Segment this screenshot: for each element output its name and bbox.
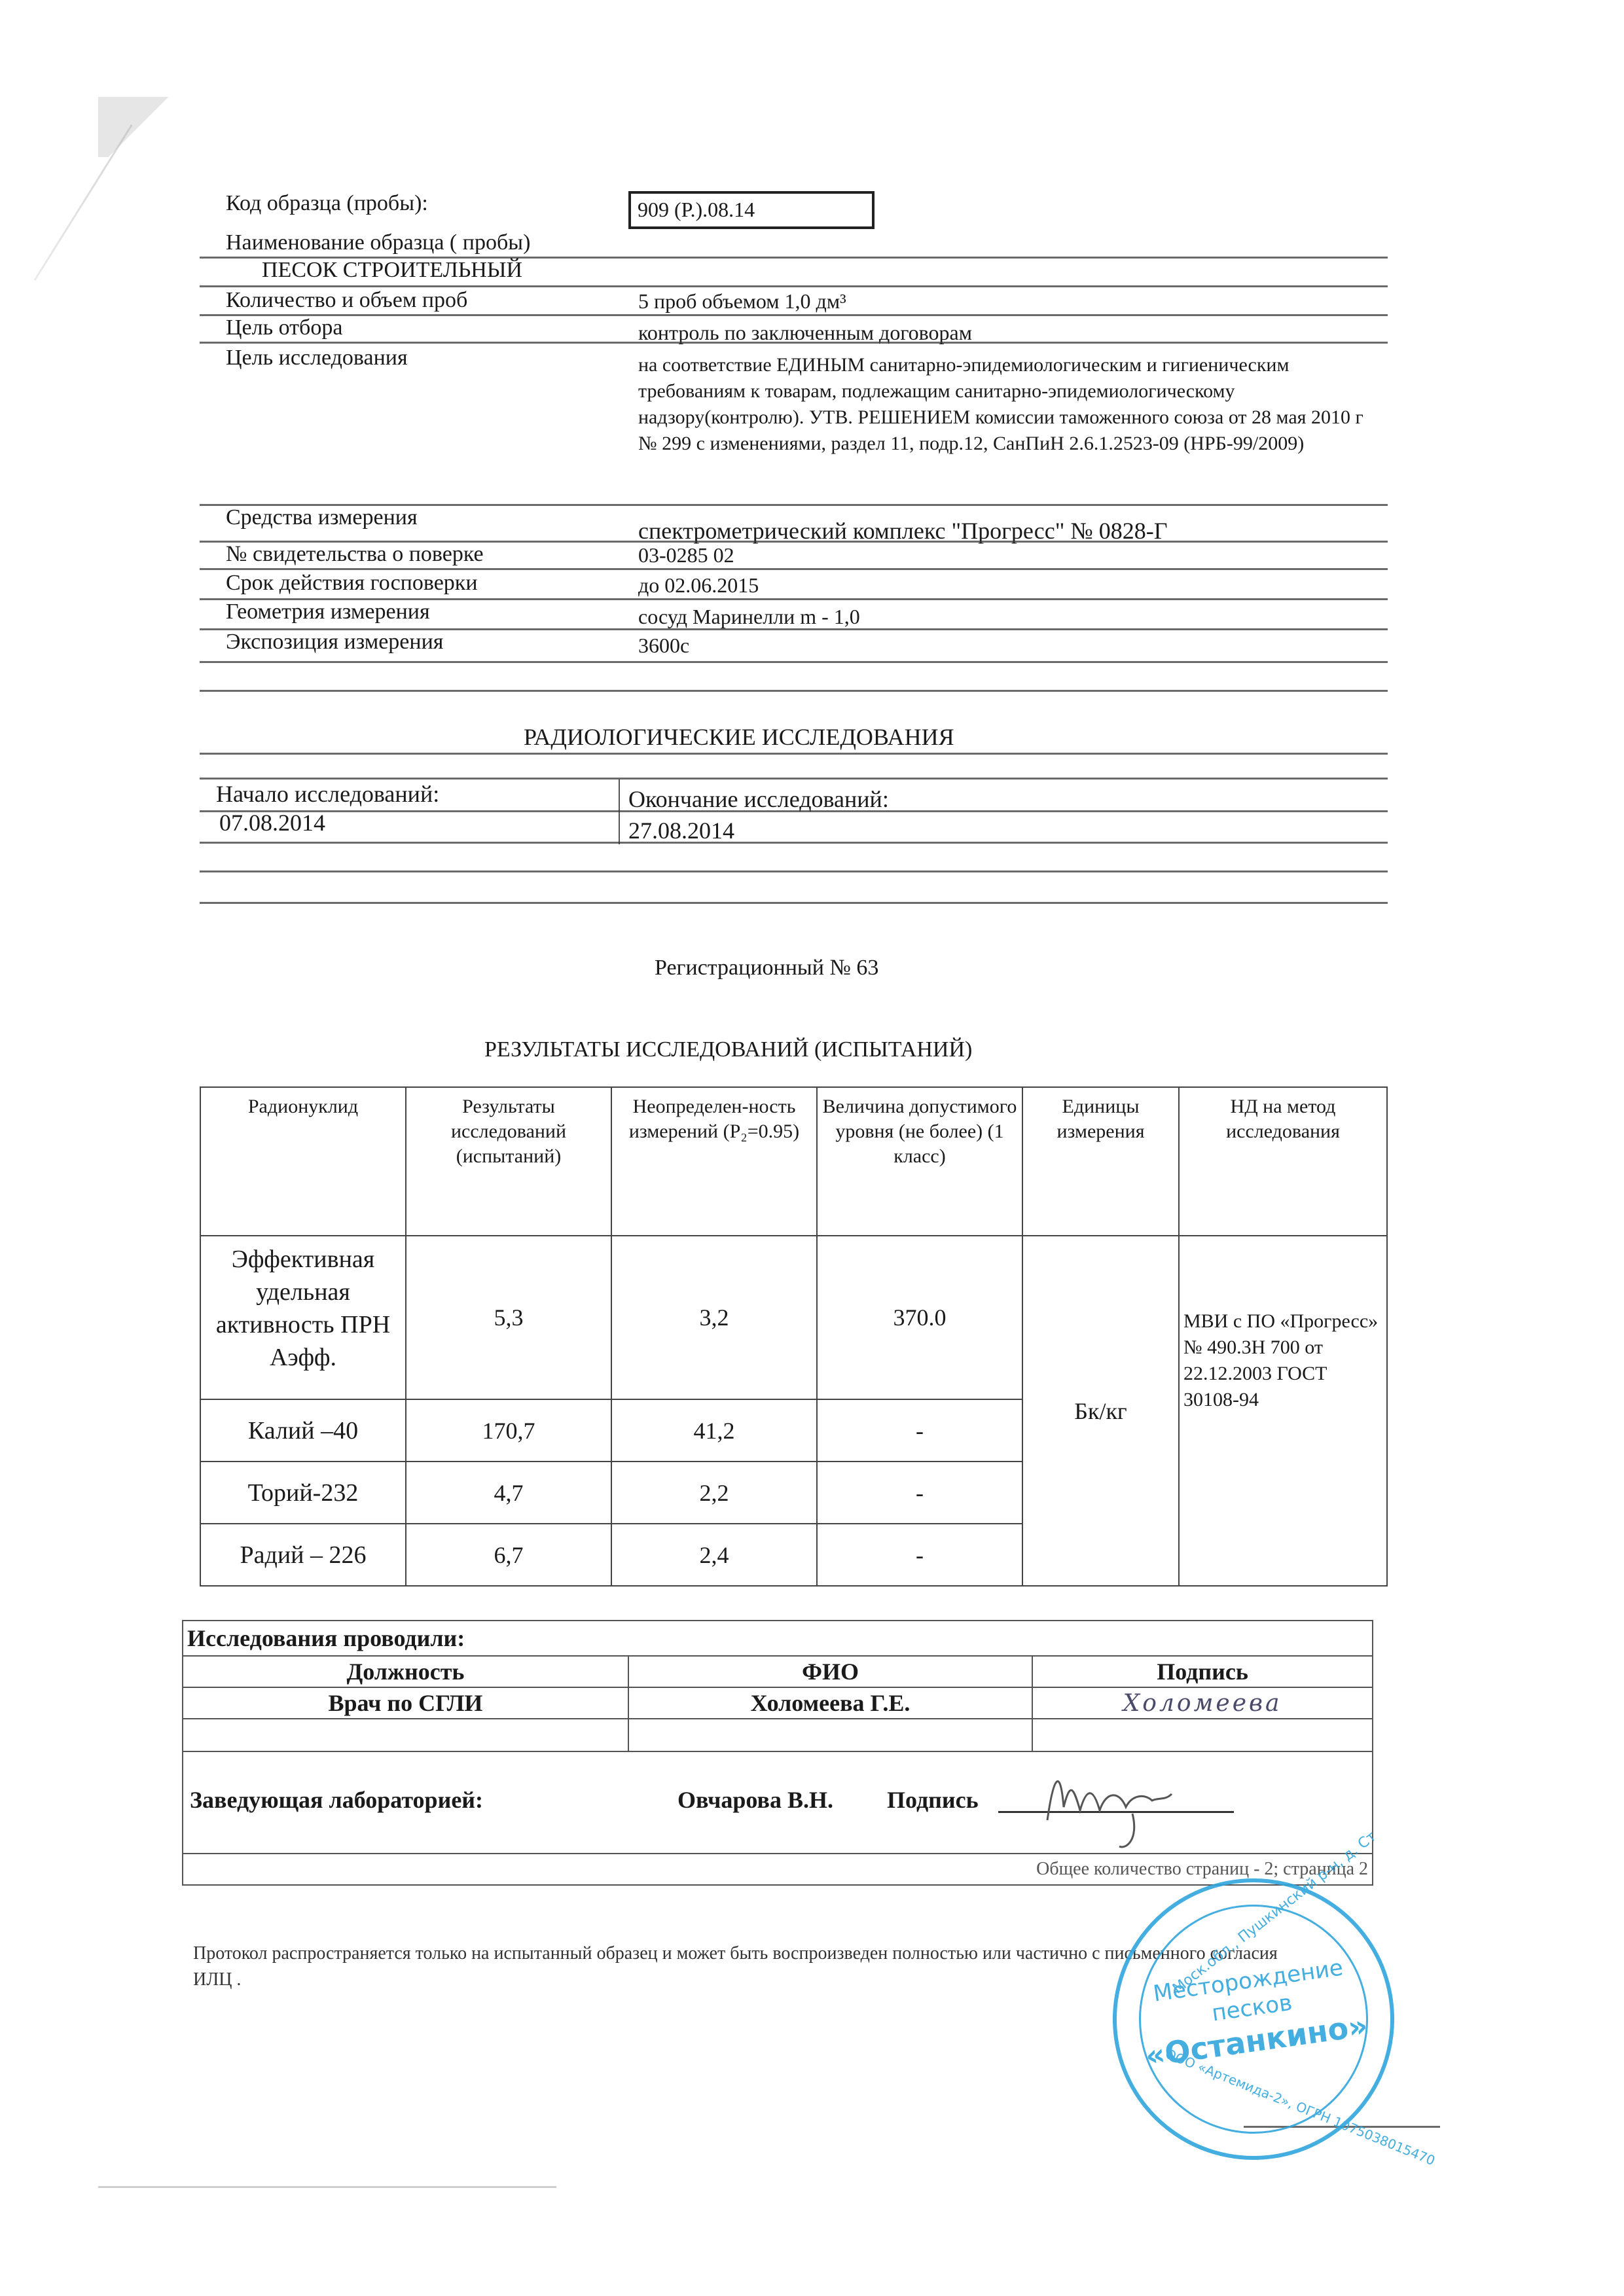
nuclide-thorium: Торий-232: [200, 1462, 406, 1524]
sample-code-box: 909 (Р.).08.14: [628, 191, 875, 229]
col-header-uncertainty: Неопределен-ность измерений (P₂=0.95): [611, 1087, 817, 1236]
results-title: РЕЗУЛЬТАТЫ ИССЛЕДОВАНИЙ (ИСПЫТАНИЙ): [484, 1037, 972, 1062]
table-row: Эффективная удельная активность ПРН Аэфф…: [200, 1236, 1387, 1399]
field-label-research-purpose: Цель исследования: [226, 346, 408, 370]
nuclide-radium: Радий – 226: [200, 1524, 406, 1586]
staff-position: Врач по СГЛИ: [183, 1687, 628, 1719]
uncertainty-value: 41,2: [611, 1399, 817, 1462]
results-header-row: Радионуклид Результаты исследований (исп…: [200, 1087, 1387, 1236]
field-label-verification-term: Срок действия госповерки: [226, 571, 478, 596]
field-value-verification-term: до 02.06.2015: [638, 573, 759, 598]
field-value-exposure: 3600с: [638, 634, 689, 658]
uncertainty-value: 2,4: [611, 1524, 817, 1586]
field-label-exposure: Экспозиция измерения: [226, 630, 443, 655]
lab-head-label: Заведующая лабораторией:: [190, 1786, 483, 1814]
col-header-units: Единицы измерения: [1022, 1087, 1179, 1236]
staff-header-position: Должность: [183, 1656, 628, 1687]
field-label-instrument: Средства измерения: [226, 505, 418, 530]
field-value-research-purpose: на соответствие ЕДИНЫМ санитарно-эпидеми…: [638, 352, 1378, 457]
units-value: Бк/кг: [1022, 1236, 1179, 1586]
field-value-quantity: 5 проб объемом 1,0 дм³: [638, 289, 846, 314]
radiology-title: РАДИОЛОГИЧЕСКИЕ ИССЛЕДОВАНИЯ: [524, 723, 954, 751]
result-value: 4,7: [406, 1462, 611, 1524]
sample-code-label: Код образца (пробы):: [226, 191, 428, 216]
nuclide-effective: Эффективная удельная активность ПРН Аэфф…: [200, 1236, 406, 1399]
uncertainty-value: 2,2: [611, 1462, 817, 1524]
field-label-certificate: № свидетельства о поверке: [226, 542, 484, 567]
scan-corner-fold: [98, 97, 178, 157]
field-value-certificate: 03-0285 02: [638, 543, 734, 567]
research-start-date: 07.08.2014: [219, 809, 325, 836]
research-end-label: Окончание исследований:: [628, 785, 889, 813]
sample-name-label: Наименование образца ( пробы): [226, 230, 530, 255]
result-value: 6,7: [406, 1524, 611, 1586]
staff-row: Врач по СГЛИ Холомеева Г.Е. Холомеева: [183, 1687, 1373, 1719]
result-value: 5,3: [406, 1236, 611, 1399]
staff-name: Холомеева Г.Е.: [628, 1687, 1032, 1719]
scan-artifact: [34, 124, 133, 281]
col-header-limit: Величина допустимого уровня (не более) (…: [817, 1087, 1022, 1236]
staff-title: Исследования проводили:: [183, 1621, 1373, 1656]
staff-header-signature: Подпись: [1032, 1656, 1373, 1687]
field-value-geometry: сосуд Маринелли m - 1,0: [638, 605, 860, 629]
lab-head-row: Заведующая лабораторией: Овчарова В.Н. П…: [183, 1751, 1373, 1854]
col-header-method: НД на метод исследования: [1179, 1087, 1387, 1236]
limit-value: -: [817, 1462, 1022, 1524]
field-label-geometry: Геометрия измерения: [226, 600, 430, 624]
uncertainty-value: 3,2: [611, 1236, 817, 1399]
field-label-quantity: Количество и объем проб: [226, 288, 467, 313]
registration-number: Регистрационный № 63: [655, 956, 878, 980]
company-stamp: Моск.обл., Пушкинский р-н, д. Ст ООО «Ар…: [1094, 1860, 1413, 2178]
lab-head-name: Овчарова В.Н.: [677, 1786, 833, 1814]
lab-head-signature-label: Подпись: [887, 1786, 979, 1814]
research-end-date: 27.08.2014: [628, 817, 734, 844]
lab-head-signature-icon: [1034, 1761, 1191, 1853]
nuclide-potassium: Калий –40: [200, 1399, 406, 1462]
staff-signature: Холомеева: [1032, 1687, 1373, 1719]
limit-value: -: [817, 1524, 1022, 1586]
staff-header-name: ФИО: [628, 1656, 1032, 1687]
limit-value: -: [817, 1399, 1022, 1462]
results-table: Радионуклид Результаты исследований (исп…: [200, 1086, 1388, 1587]
col-header-nuclide: Радионуклид: [200, 1087, 406, 1236]
col-header-result: Результаты исследований (испытаний): [406, 1087, 611, 1236]
research-start-label: Начало исследований:: [216, 780, 439, 808]
limit-value: 370.0: [817, 1236, 1022, 1399]
sample-name-value: ПЕСОК СТРОИТЕЛЬНЫЙ: [262, 258, 522, 283]
result-value: 170,7: [406, 1399, 611, 1462]
field-label-sampling-purpose: Цель отбора: [226, 315, 342, 340]
staff-table: Исследования проводили: Должность ФИО По…: [182, 1620, 1373, 1886]
method-value: МВИ с ПО «Прогресс» № 490.3Н 700 от 22.1…: [1179, 1236, 1387, 1586]
